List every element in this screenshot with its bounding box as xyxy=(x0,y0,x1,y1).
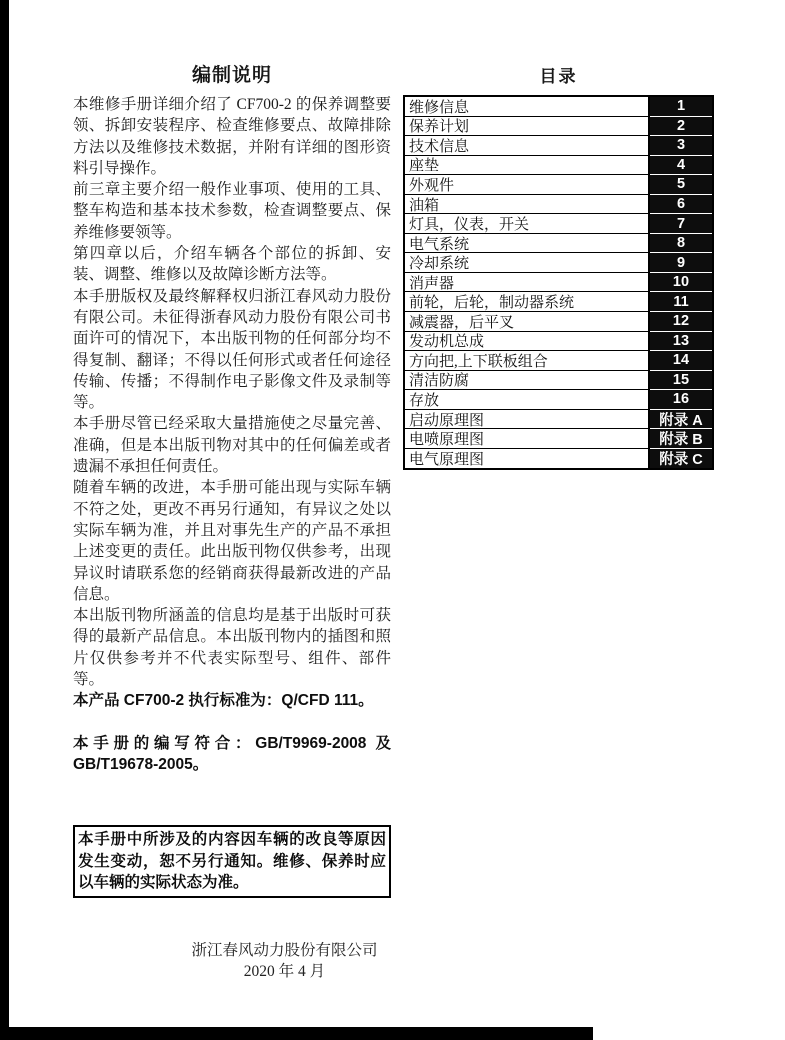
paragraph: 第四章以后，介绍车辆各个部位的拆卸、安装、调整、维修以及故障诊断方法等。 xyxy=(73,243,391,286)
toc-chapter-label: 冷却系统 xyxy=(405,253,650,273)
toc-chapter-label: 电气系统 xyxy=(405,234,650,254)
toc-chapter-label: 电气原理图 xyxy=(405,449,650,469)
toc-row: 座垫 4 xyxy=(405,156,712,176)
toc-chapter-number: 附录 B xyxy=(650,429,712,449)
paragraph: 本出版刊物所涵盖的信息均是基于出版时可获得的最新产品信息。本出版刊物内的插图和照… xyxy=(73,605,391,690)
toc-chapter-label: 电喷原理图 xyxy=(405,429,650,449)
toc-chapter-number: 14 xyxy=(650,351,712,371)
toc-row: 技术信息 3 xyxy=(405,136,712,156)
toc-chapter-label: 外观件 xyxy=(405,175,650,195)
paragraph: 随着车辆的改进，本手册可能出现与实际车辆不符之处，更改不再另行通知，有异议之处以… xyxy=(73,477,391,605)
toc-chapter-number: 4 xyxy=(650,156,712,176)
toc-chapter-number: 9 xyxy=(650,253,712,273)
editorial-section: 编制说明 本维修手册详细介绍了 CF700-2 的保养调整要领、拆卸安装程序、检… xyxy=(73,60,391,982)
toc-chapter-label: 技术信息 xyxy=(405,136,650,156)
manual-page: 编制说明 本维修手册详细介绍了 CF700-2 的保养调整要领、拆卸安装程序、检… xyxy=(0,0,785,1040)
toc-chapter-label: 座垫 xyxy=(405,156,650,176)
toc-row: 消声器 10 xyxy=(405,273,712,293)
paragraph: 本手册尽管已经采取大量措施使之尽量完善、准确，但是本出版刊物对其中的任何偏差或者… xyxy=(73,413,391,477)
toc-chapter-label: 灯具，仪表，开关 xyxy=(405,214,650,234)
toc-row: 前轮，后轮，制动器系统 11 xyxy=(405,292,712,312)
paragraph: 本手册版权及最终解释权归浙江春风动力股份有限公司。未征得浙春风动力股份有限公司书… xyxy=(73,286,391,414)
toc-row: 油箱 6 xyxy=(405,195,712,215)
toc-chapter-number: 7 xyxy=(650,214,712,234)
toc-row: 启动原理图 附录 A xyxy=(405,410,712,430)
toc-chapter-label: 消声器 xyxy=(405,273,650,293)
toc-row: 保养计划 2 xyxy=(405,117,712,137)
toc-chapter-label: 清洁防腐 xyxy=(405,371,650,391)
toc-chapter-label: 保养计划 xyxy=(405,117,650,137)
toc-row: 维修信息 1 xyxy=(405,97,712,117)
toc-row: 减震器，后平叉 12 xyxy=(405,312,712,332)
toc-row: 电气原理图 附录 C xyxy=(405,449,712,469)
toc-row: 清洁防腐 15 xyxy=(405,371,712,391)
toc-chapter-label: 前轮，后轮，制动器系统 xyxy=(405,292,650,312)
publish-date: 2020 年 4 月 xyxy=(178,961,391,982)
toc-chapter-number: 5 xyxy=(650,175,712,195)
toc-chapter-label: 存放 xyxy=(405,390,650,410)
toc-chapter-number: 11 xyxy=(650,292,712,312)
toc-chapter-number: 2 xyxy=(650,117,712,137)
toc-row: 存放 16 xyxy=(405,390,712,410)
toc-chapter-label: 方向把,上下联板组合 xyxy=(405,351,650,371)
toc-row: 冷却系统 9 xyxy=(405,253,712,273)
toc-section: 目录 维修信息 1 保养计划 2 技术信息 3 座垫 4 外观件 5 油箱 6 … xyxy=(403,62,714,470)
toc-chapter-number: 1 xyxy=(650,97,712,117)
toc-table: 维修信息 1 保养计划 2 技术信息 3 座垫 4 外观件 5 油箱 6 灯具，… xyxy=(403,95,714,470)
toc-chapter-number: 15 xyxy=(650,371,712,391)
editorial-title: 编制说明 xyxy=(73,60,391,87)
toc-chapter-number: 3 xyxy=(650,136,712,156)
toc-chapter-number: 附录 A xyxy=(650,410,712,430)
paragraph: 本维修手册详细介绍了 CF700-2 的保养调整要领、拆卸安装程序、检查维修要点… xyxy=(73,94,391,179)
toc-chapter-number: 10 xyxy=(650,273,712,293)
toc-row: 电气系统 8 xyxy=(405,234,712,254)
scan-edge-bottom xyxy=(0,1027,593,1040)
toc-row: 方向把,上下联板组合 14 xyxy=(405,351,712,371)
toc-chapter-number: 12 xyxy=(650,312,712,332)
toc-chapter-number: 8 xyxy=(650,234,712,254)
toc-chapter-label: 减震器，后平叉 xyxy=(405,312,650,332)
toc-row: 灯具，仪表，开关 7 xyxy=(405,214,712,234)
notice-box: 本手册中所涉及的内容因车辆的改良等原因发生变动，恕不另行通知。维修、保养时应以车… xyxy=(73,825,391,898)
toc-chapter-number: 13 xyxy=(650,332,712,352)
toc-chapter-label: 启动原理图 xyxy=(405,410,650,430)
toc-chapter-label: 油箱 xyxy=(405,195,650,215)
scan-edge-left xyxy=(0,0,9,1040)
paragraphs: 本维修手册详细介绍了 CF700-2 的保养调整要领、拆卸安装程序、检查维修要点… xyxy=(73,94,391,775)
toc-title: 目录 xyxy=(403,62,714,87)
toc-row: 电喷原理图 附录 B xyxy=(405,429,712,449)
company-name: 浙江春风动力股份有限公司 xyxy=(178,940,391,961)
paragraph: 本产品 CF700-2 执行标准为：Q/CFD 111。 xyxy=(73,690,391,711)
paragraph: 前三章主要介绍一般作业事项、使用的工具、整车构造和基本技术参数，检查调整要点、保… xyxy=(73,179,391,243)
paragraph: 本手册的编写符合：GB/T9969-2008 及 GB/T19678-2005。 xyxy=(73,733,391,776)
toc-chapter-number: 6 xyxy=(650,195,712,215)
toc-chapter-number: 附录 C xyxy=(650,449,712,469)
toc-row: 发动机总成 13 xyxy=(405,332,712,352)
toc-chapter-label: 发动机总成 xyxy=(405,332,650,352)
page-footer: 浙江春风动力股份有限公司 2020 年 4 月 xyxy=(73,940,391,982)
toc-row: 外观件 5 xyxy=(405,175,712,195)
toc-chapter-number: 16 xyxy=(650,390,712,410)
toc-chapter-label: 维修信息 xyxy=(405,97,650,117)
